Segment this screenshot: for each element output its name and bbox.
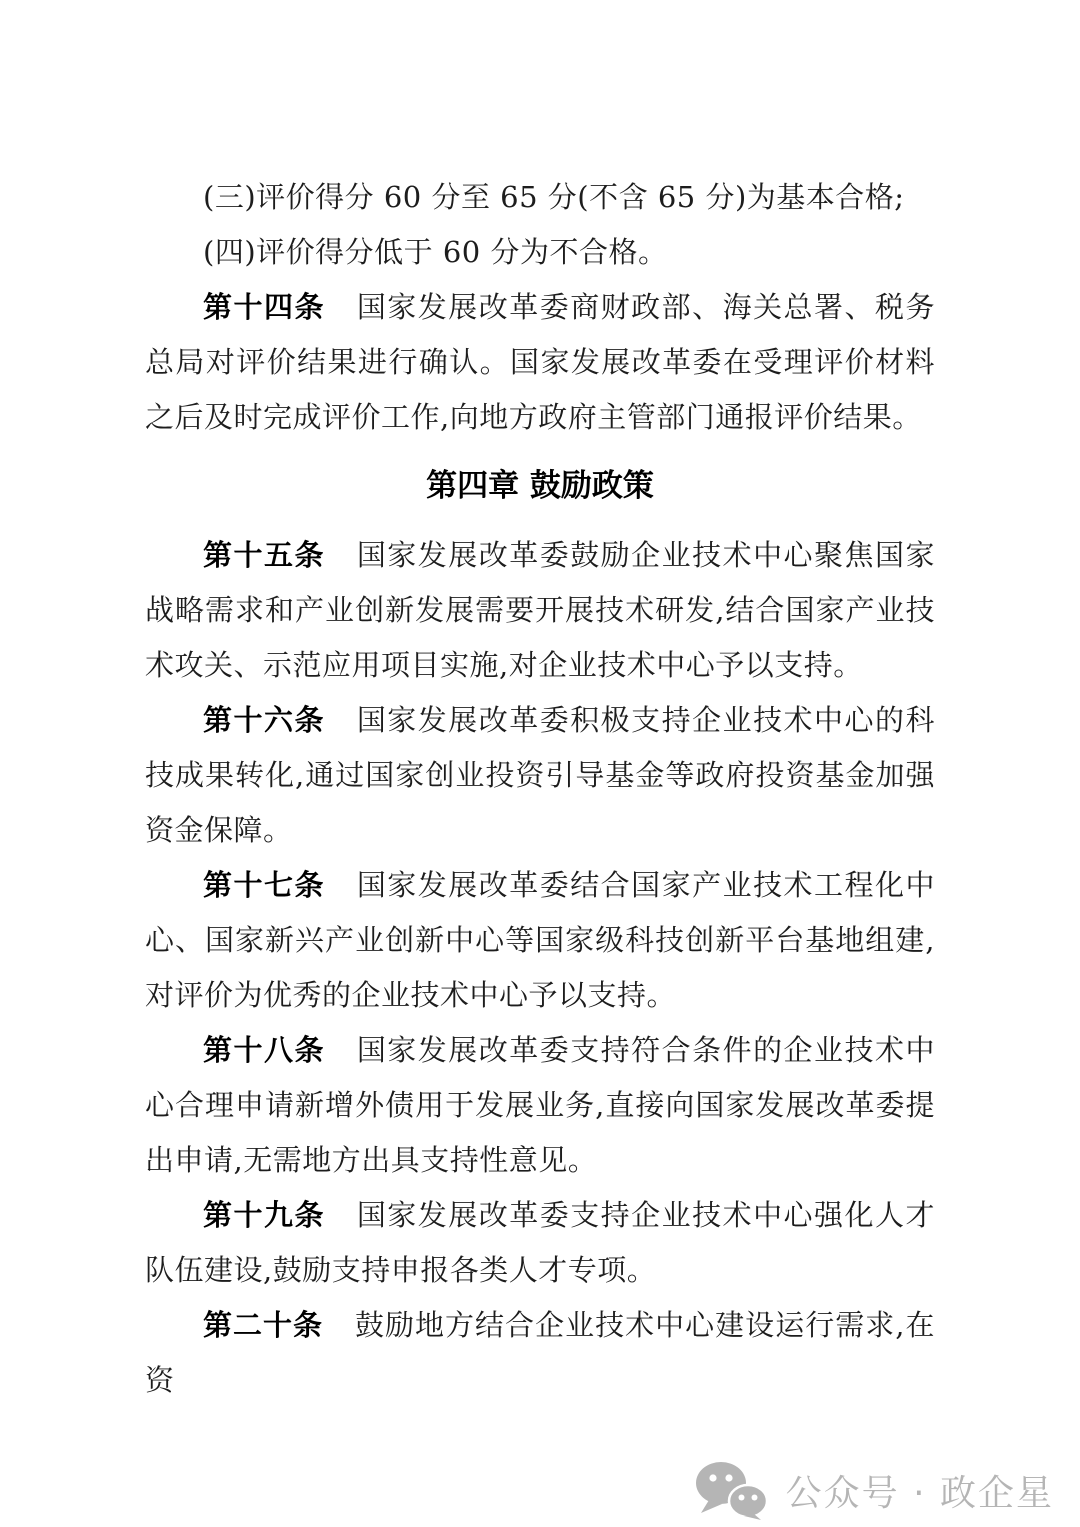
article-16-number: 第十六条 [203, 703, 325, 737]
article-18-number: 第十八条 [203, 1033, 325, 1067]
article-17-number: 第十七条 [203, 868, 325, 902]
watermark: 公众号 · 政企星 [694, 1460, 1054, 1520]
article-20: 第二十条鼓励地方结合企业技术中心建设运行需求,在资 [145, 1298, 935, 1408]
article-20-number: 第二十条 [203, 1308, 323, 1342]
article-16: 第十六条国家发展改革委积极支持企业技术中心的科技成果转化,通过国家创业投资引导基… [145, 693, 935, 858]
chapter-heading: 第四章 鼓励政策 [145, 459, 935, 514]
wechat-icon [694, 1460, 770, 1520]
article-19: 第十九条国家发展改革委支持企业技术中心强化人才队伍建设,鼓励支持申报各类人才专项… [145, 1188, 935, 1298]
watermark-label: 公众号 · 政企星 [786, 1465, 1054, 1516]
article-19-number: 第十九条 [203, 1198, 325, 1232]
list-item-three: (三)评价得分 60 分至 65 分(不含 65 分)为基本合格; [145, 170, 935, 225]
article-15: 第十五条国家发展改革委鼓励企业技术中心聚焦国家战略需求和产业创新发展需要开展技术… [145, 528, 935, 693]
list-item-four: (四)评价得分低于 60 分为不合格。 [145, 225, 935, 280]
article-18: 第十八条国家发展改革委支持符合条件的企业技术中心合理申请新增外债用于发展业务,直… [145, 1023, 935, 1188]
article-15-number: 第十五条 [203, 538, 325, 572]
article-17: 第十七条国家发展改革委结合国家产业技术工程化中心、国家新兴产业创新中心等国家级科… [145, 858, 935, 1023]
document-body: (三)评价得分 60 分至 65 分(不含 65 分)为基本合格; (四)评价得… [145, 170, 935, 1408]
article-14-number: 第十四条 [203, 290, 325, 324]
article-14: 第十四条国家发展改革委商财政部、海关总署、税务总局对评价结果进行确认。国家发展改… [145, 280, 935, 445]
